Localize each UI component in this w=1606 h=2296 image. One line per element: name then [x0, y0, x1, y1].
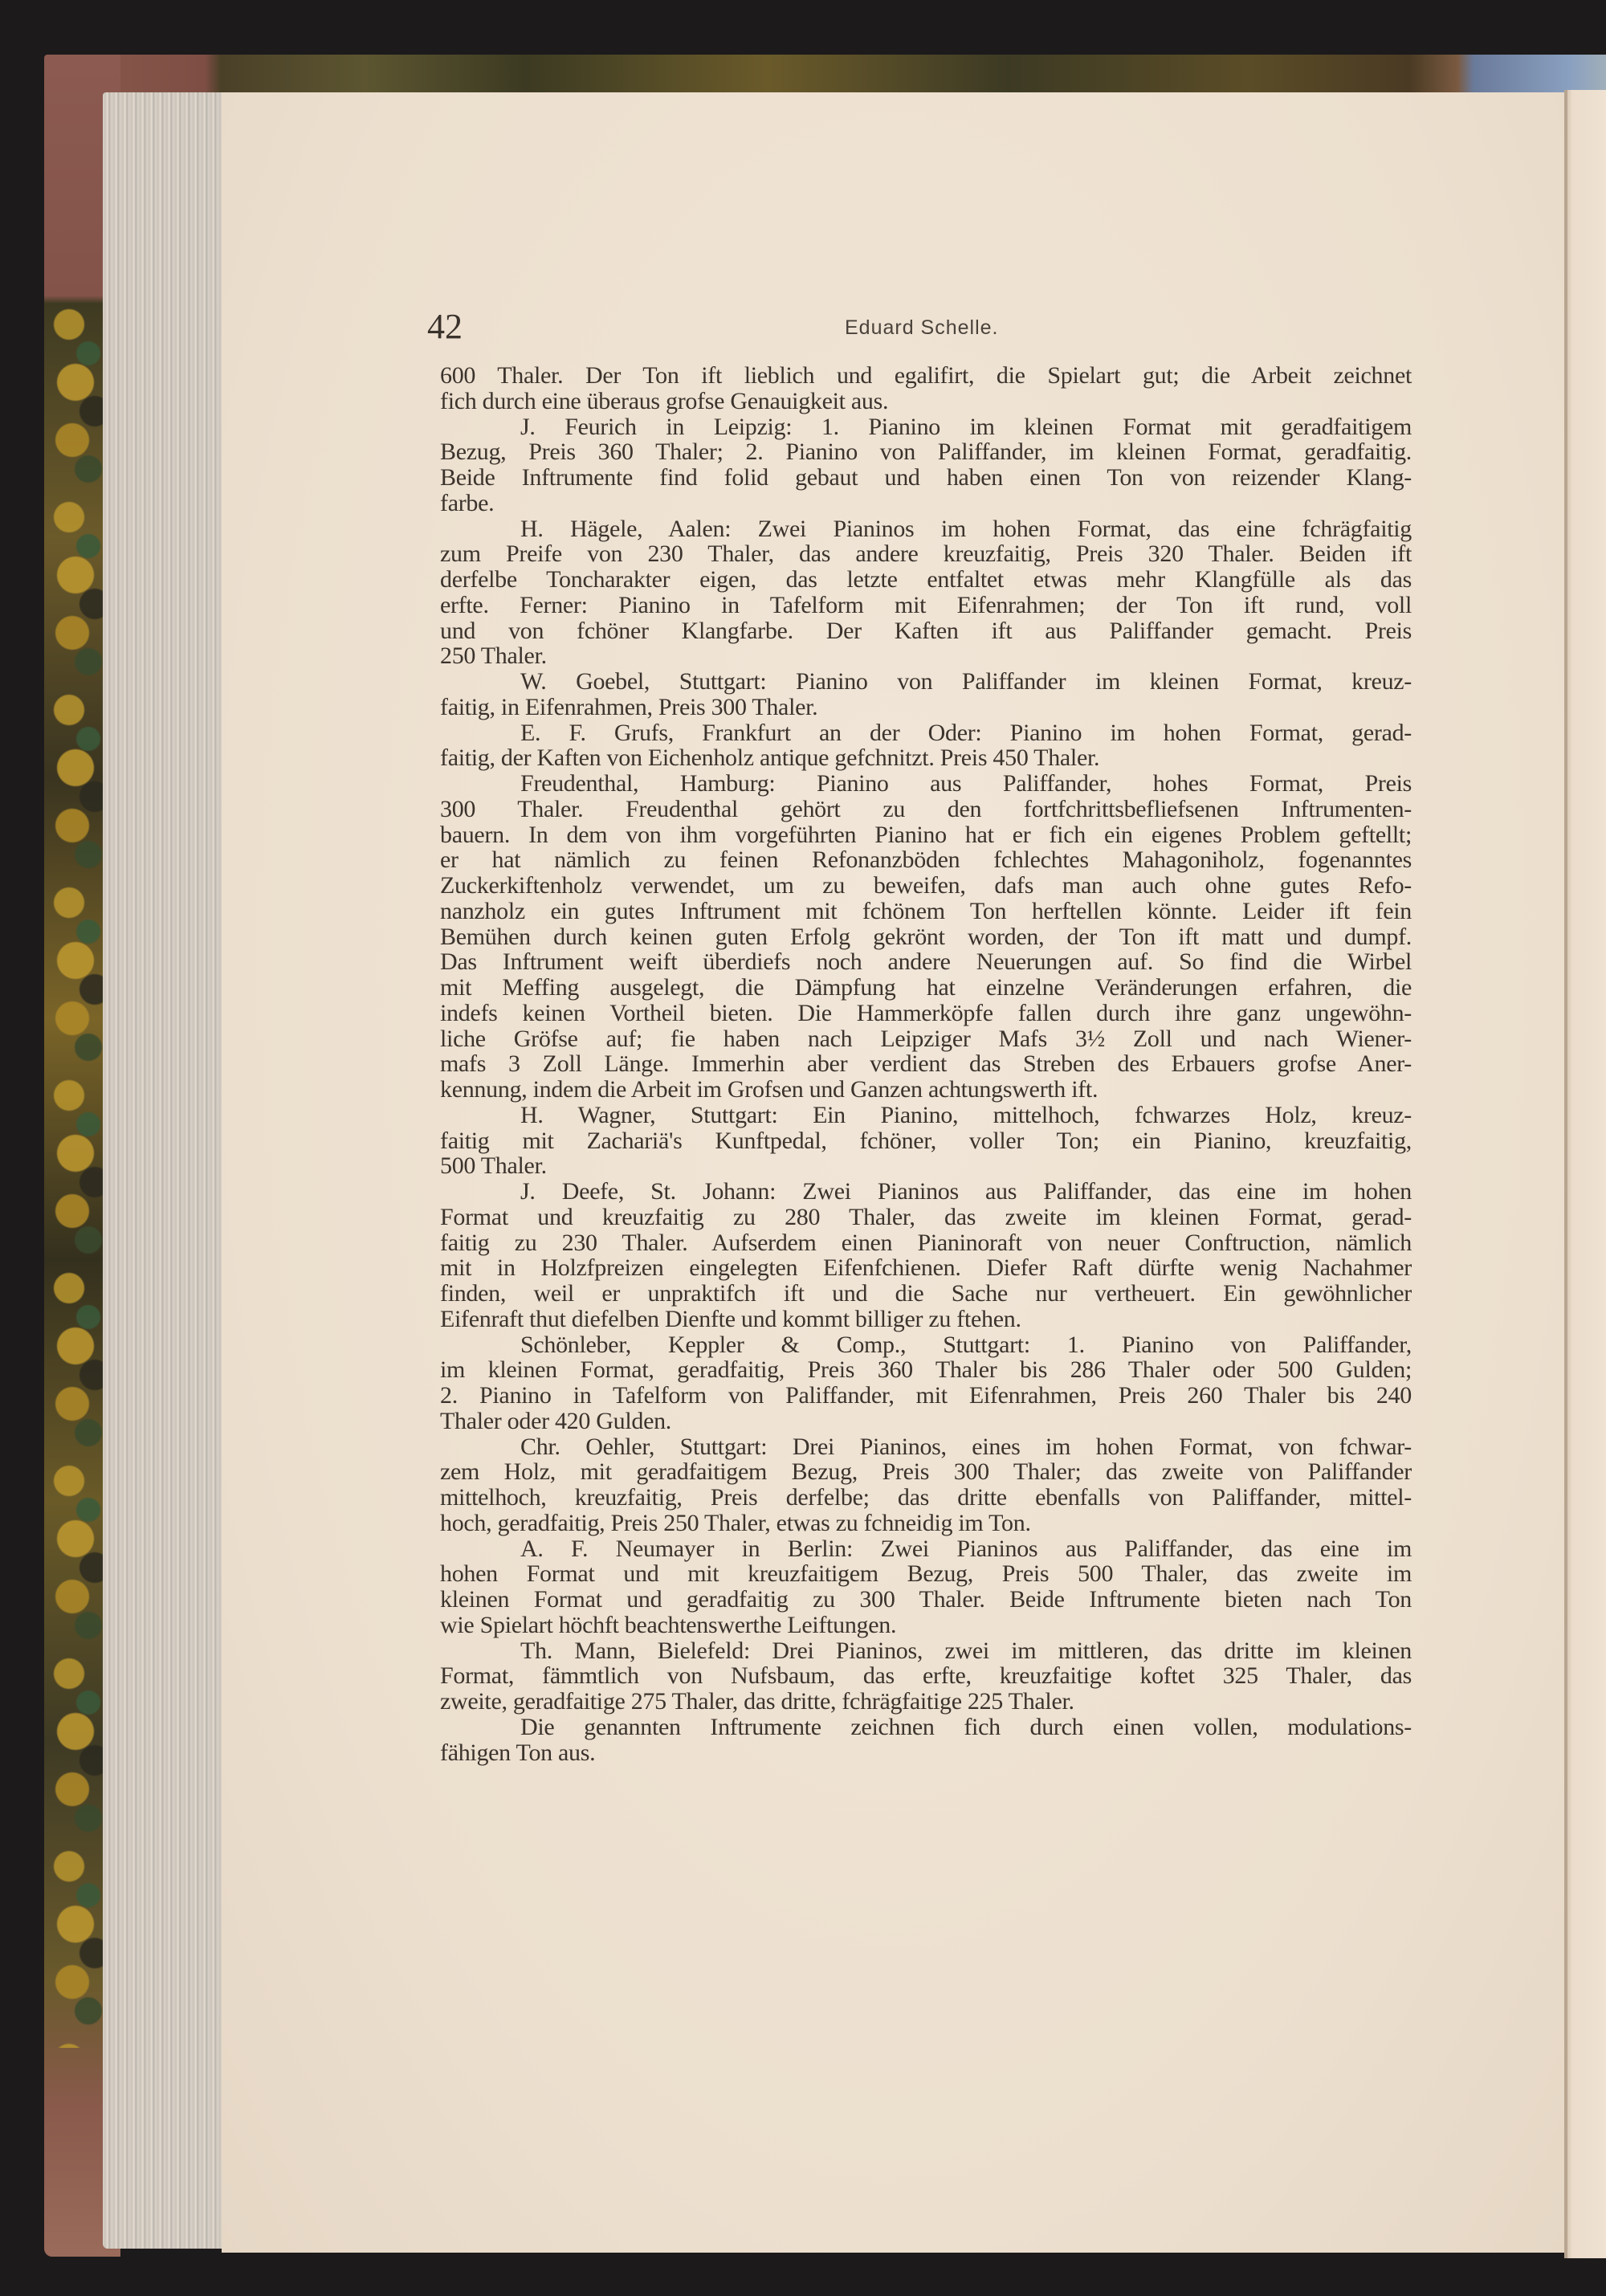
stacked-page-edges — [103, 92, 223, 2249]
paragraph-first-line: J. Deefe, St. Johann: Zwei Pianinos aus … — [440, 1179, 1412, 1205]
text-line: zum Preife von 230 Thaler, das andere kr… — [440, 541, 1412, 567]
text-line: hohen Format und mit kreuzfaitigem Bezug… — [440, 1561, 1412, 1587]
text-line: 600 Thaler. Der Ton ift lieblich und ega… — [440, 363, 1412, 389]
text-line: im kleinen Format, geradfaitig, Preis 36… — [440, 1357, 1412, 1383]
text-line: liche Gröfse auf; fie haben nach Leipzig… — [440, 1026, 1412, 1052]
body-text: 600 Thaler. Der Ton ift lieblich und ega… — [440, 363, 1412, 1765]
text-line: Bezug, Preis 360 Thaler; 2. Pianino von … — [440, 439, 1412, 465]
text-line: faitig, der Kaften von Eichenholz antiqu… — [440, 745, 1412, 771]
paragraph-first-line: A. F. Neumayer in Berlin: Zwei Pianinos … — [440, 1536, 1412, 1562]
text-line: kleinen Format und geradfaitig zu 300 Th… — [440, 1587, 1412, 1613]
text-line: 250 Thaler. — [440, 643, 1412, 669]
text-line: mafs 3 Zoll Länge. Immerhin aber verdien… — [440, 1051, 1412, 1077]
text-line: zweite, geradfaitige 275 Thaler, das dri… — [440, 1689, 1412, 1715]
text-line: finden, weil er unpraktifch ift und die … — [440, 1281, 1412, 1307]
paragraph-first-line: W. Goebel, Stuttgart: Pianino von Paliff… — [440, 669, 1412, 695]
running-head-author: Eduard Schelle. — [845, 316, 999, 340]
text-line: nanzholz ein gutes Inftrument mit fchöne… — [440, 899, 1412, 924]
text-line: zem Holz, mit geradfaitigem Bezug, Preis… — [440, 1459, 1412, 1485]
page-number: 42 — [427, 307, 463, 347]
text-line: und von fchöner Klangfarbe. Der Kaften i… — [440, 618, 1412, 644]
text-line: faitig, in Eifenrahmen, Preis 300 Thaler… — [440, 695, 1412, 720]
text-line: er hat nämlich zu feinen Refonanzböden f… — [440, 847, 1412, 873]
text-line: kennung, indem die Arbeit im Grofsen und… — [440, 1077, 1412, 1103]
text-line: faitig zu 230 Thaler. Aufserdem einen Pi… — [440, 1230, 1412, 1256]
text-line: fähigen Ton aus. — [440, 1740, 1412, 1766]
paragraph-first-line: H. Hägele, Aalen: Zwei Pianinos im hohen… — [440, 516, 1412, 542]
paragraph-first-line: Die genannten Inftrumente zeichnen fich … — [440, 1715, 1412, 1740]
text-line: wie Spielart höchft beachtenswerthe Leif… — [440, 1613, 1412, 1638]
text-line: mittelhoch, kreuzfaitig, Preis derfelbe;… — [440, 1485, 1412, 1511]
text-line: faitig mit Zachariä's Kunftpedal, fchöne… — [440, 1128, 1412, 1154]
text-line: fich durch eine überaus grofse Genauigke… — [440, 389, 1412, 414]
text-line: Bemühen durch keinen guten Erfolg gekrön… — [440, 924, 1412, 950]
text-line: bauern. In dem von ihm vorgeführten Pian… — [440, 822, 1412, 848]
paragraph-first-line: E. F. Grufs, Frankfurt an der Oder: Pian… — [440, 720, 1412, 746]
facing-page-edge — [1567, 90, 1606, 2258]
text-line: Beide Inftrumente find folid gebaut und … — [440, 465, 1412, 491]
paragraph-first-line: Th. Mann, Bielefeld: Drei Pianinos, zwei… — [440, 1638, 1412, 1664]
text-line: Das Inftrument weift überdiefs noch ande… — [440, 949, 1412, 975]
text-line: indefs keinen Vortheil bieten. Die Hamme… — [440, 1001, 1412, 1026]
paragraph-first-line: J. Feurich in Leipzig: 1. Pianino im kle… — [440, 414, 1412, 440]
paragraph-first-line: Freudenthal, Hamburg: Pianino aus Paliff… — [440, 771, 1412, 797]
text-line: Format und kreuzfaitig zu 280 Thaler, da… — [440, 1205, 1412, 1230]
text-line: derfelbe Toncharakter eigen, das letzte … — [440, 567, 1412, 593]
text-line: 2. Pianino in Tafelform von Paliffander,… — [440, 1383, 1412, 1409]
text-line: farbe. — [440, 491, 1412, 516]
text-line: Eifenraft thut diefelben Dienfte und kom… — [440, 1307, 1412, 1332]
text-line: Format, fämmtlich von Nufsbaum, das erft… — [440, 1663, 1412, 1689]
page-header: 42 Eduard Schelle. — [427, 307, 1415, 347]
text-line: mit in Holzfpreizen eingelegten Eifenfch… — [440, 1255, 1412, 1281]
text-line: Zuckerkiftenholz verwendet, um zu beweif… — [440, 873, 1412, 899]
text-line: 300 Thaler. Freudenthal gehört zu den fo… — [440, 797, 1412, 822]
text-line: 500 Thaler. — [440, 1153, 1412, 1179]
text-line: erfte. Ferner: Pianino in Tafelform mit … — [440, 593, 1412, 618]
text-line: hoch, geradfaitig, Preis 250 Thaler, etw… — [440, 1511, 1412, 1536]
text-line: Thaler oder 420 Gulden. — [440, 1409, 1412, 1434]
paragraph-first-line: Schönleber, Keppler & Comp., Stuttgart: … — [440, 1332, 1412, 1358]
paragraph-first-line: H. Wagner, Stuttgart: Ein Pianino, mitte… — [440, 1103, 1412, 1128]
paragraph-first-line: Chr. Oehler, Stuttgart: Drei Pianinos, e… — [440, 1434, 1412, 1460]
text-line: mit Meffing ausgelegt, die Dämpfung hat … — [440, 975, 1412, 1001]
